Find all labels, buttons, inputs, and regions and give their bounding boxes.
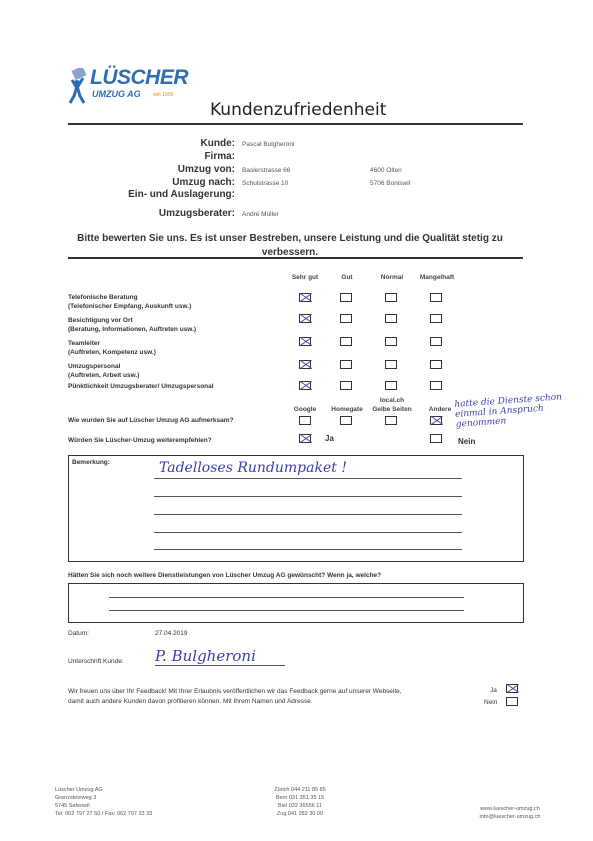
page-title: Kundenzufriedenheit [210,100,386,120]
remarks-handwritten: Tadelloses Rundumpaket ! [159,460,347,476]
signature-value: P. Bulgheroni [155,647,256,665]
checkbox-andere[interactable] [430,416,442,425]
rating-row-label: Teamleiter(Auftreten, Kompetenz usw.) [68,339,156,357]
logo-subtitle: UMZUG AG [92,89,141,99]
company-logo: LÜSCHER UMZUG AG seit 1909 [68,66,193,106]
umzug-nach-street: Schulstrasse 10 [242,180,288,187]
source-question: Wie wurden Sie auf Lüscher Umzug AG aufm… [68,416,234,425]
signature-label: Unterschrift Kunde: [68,658,124,665]
remarks-line [154,478,462,479]
umzug-von-city: 4600 Olten [370,167,402,174]
rating-checkbox[interactable] [299,337,311,346]
checkbox-google[interactable] [299,416,311,425]
publish-no-label: Nein [484,699,497,706]
date-value: 27.04.2019 [155,630,188,637]
footer-company: Lüscher Umzug AG Grenzsteinweg 3 5745 Sa… [55,786,152,818]
berater-label: Umzugsberater: [75,208,235,219]
publish-consent-text: Wir freuen uns über Ihr Feedback! Mit Ih… [68,687,402,707]
rating-checkbox[interactable] [430,337,442,346]
option-homegate: Homegate [322,406,372,413]
remarks-line [154,496,462,497]
rating-row-label: Telefonische Beratung(Telefonischer Empf… [68,293,191,311]
recommend-question: Würden Sie Lüscher-Umzug weiterempfehlen… [68,436,212,445]
remarks-line [154,532,462,533]
title-divider [68,123,523,125]
services-line [109,610,464,611]
intro-divider [68,257,523,259]
checkbox-local[interactable] [385,416,397,425]
rating-checkbox[interactable] [299,381,311,390]
checkbox-homegate[interactable] [340,416,352,425]
rating-checkbox[interactable] [430,293,442,302]
rating-row-label: Umzugspersonal(Auftreten, Arbeit usw.) [68,362,139,380]
lagerung-label: Ein- und Auslagerung: [75,189,235,200]
footer-branches: Zürich 044 211 85 85 Bern 031 351 35 15 … [250,786,350,818]
rating-checkbox[interactable] [340,293,352,302]
rating-checkbox[interactable] [385,337,397,346]
berater-value: André Müller [242,211,279,218]
footer-web[interactable]: www.luescher-umzug.ch [460,805,560,813]
publish-yes-label: Ja [490,687,497,694]
umzug-von-label: Umzug von: [75,164,235,175]
logo-name: LÜSCHER [90,66,188,90]
rating-checkbox[interactable] [385,293,397,302]
footer-contact: www.luescher-umzug.ch info@luescher-umzu… [460,805,560,821]
date-label: Datum: [68,630,89,637]
services-line [109,597,464,598]
rating-checkbox[interactable] [340,381,352,390]
rating-checkbox[interactable] [299,360,311,369]
rating-checkbox[interactable] [385,360,397,369]
remarks-box[interactable]: Bemerkung: Tadelloses Rundumpaket ! [68,455,524,562]
rating-checkbox[interactable] [385,381,397,390]
umzug-nach-city: 5706 Boniswil [370,180,410,187]
rating-checkbox[interactable] [299,314,311,323]
rating-row-label: Pünktlichkeit Umzugsberater/ Umzugsperso… [68,382,214,391]
rating-checkbox[interactable] [430,314,442,323]
kunde-value: Pascal Bulgheroni [242,141,294,148]
intro-text: Bitte bewerten Sie uns. Es ist unser Bes… [70,232,510,260]
umzug-nach-label: Umzug nach: [75,177,235,188]
kunde-label: Kunde: [75,138,235,149]
rating-checkbox[interactable] [385,314,397,323]
checkbox-publish-yes[interactable] [506,684,518,693]
recommend-no-label: Nein [458,437,475,446]
services-question: Hätten Sie sich noch weitere Dienstleist… [68,572,381,579]
col-normal: Normal [367,274,417,281]
checkbox-recommend-no[interactable] [430,434,442,443]
option-local: local.chGelbe Seiten [367,396,417,414]
rating-checkbox[interactable] [430,360,442,369]
rating-checkbox[interactable] [340,314,352,323]
umzug-von-street: Baslerstrasse 66 [242,167,290,174]
remarks-line [154,514,462,515]
rating-checkbox[interactable] [299,293,311,302]
recommend-yes-label: Ja [325,434,334,443]
remarks-line [154,549,462,550]
services-answer-box[interactable] [68,583,524,623]
rating-checkbox[interactable] [340,337,352,346]
rating-checkbox[interactable] [430,381,442,390]
signature-line [155,665,285,666]
mover-figure-icon [68,68,90,104]
rating-row-label: Besichtigung vor Ort(Beratung, Informati… [68,316,196,334]
footer-email[interactable]: info@luescher-umzug.ch [460,813,560,821]
andere-handwritten-note: hatte die Dienste schon einmal in Anspru… [454,390,593,430]
logo-since: seit 1909 [153,92,173,98]
col-mangelhaft: Mangelhaft [412,274,462,281]
rating-checkbox[interactable] [340,360,352,369]
checkbox-recommend-yes[interactable] [299,434,311,443]
firma-label: Firma: [75,151,235,162]
checkbox-publish-no[interactable] [506,697,518,706]
remarks-label: Bemerkung: [72,459,110,466]
col-gut: Gut [322,274,372,281]
